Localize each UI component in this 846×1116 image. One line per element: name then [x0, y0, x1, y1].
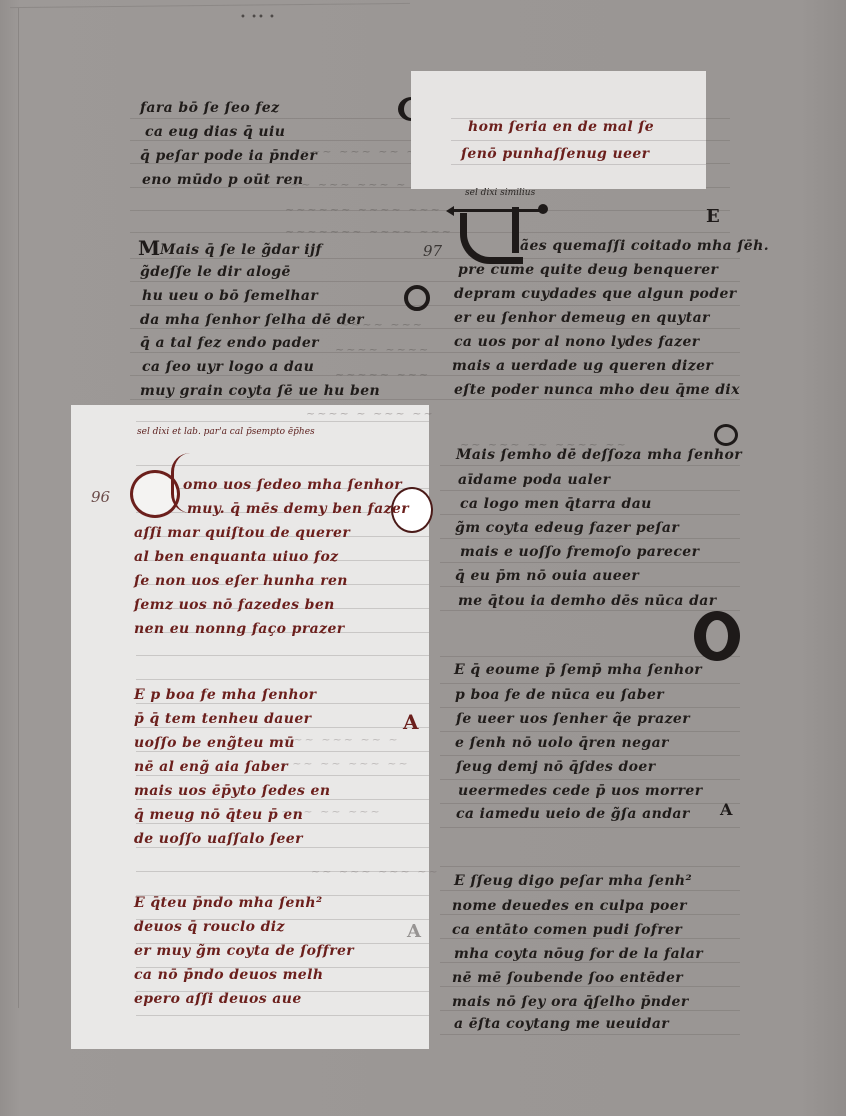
ink-smudge: • •• • — [240, 12, 276, 23]
verse-line: g̃deſſe le dir alogē — [140, 264, 291, 280]
show-through-text: ~~ ~~~ ~~~ ~~ — [311, 865, 440, 878]
verse-line: eſte poder nunca mho deu q̄me dix — [454, 382, 740, 398]
highlight-region-top: hom ſeria en de mal ſe ſenō punhaſſenug … — [411, 71, 706, 189]
capital-a-faint-icon: A — [407, 921, 421, 942]
verse-line: ca eug dias q̄ uiu — [145, 124, 285, 140]
verse-line: de uoſſo uaſſalo ſeer — [134, 831, 303, 847]
verse-line: E q̄teu p̄ndo mha ſenh² — [134, 895, 323, 911]
verse-line: eno mūdo p oūt ren — [142, 172, 303, 188]
verse-line: mais e uoſſo fremoſo parecer — [460, 544, 699, 560]
manuscript-page: • •• • ~~~ ~~~ ~~ ~~~~ ~~ ~~~ ~~~ ~ ~~~ … — [0, 0, 846, 1116]
verse-line: ueermedes cede p̄ uos morrer — [458, 783, 702, 799]
verse-line: me q̄tou ia demho dēs nūca dar — [458, 593, 717, 609]
show-through-text: ~~~~ ~~~~ — [335, 343, 430, 356]
verse-line: ca uos por al nono lydes fazer — [454, 334, 700, 350]
verse-line: aīdame poda ualer — [458, 472, 610, 488]
capital-d-icon — [404, 285, 430, 311]
verse-line: muy. q̄ mēs demy ben fazer — [187, 501, 409, 517]
highlight-region-left: ~~~~ ~ ~~~ ~~ sel dixi et lab. par'a cal… — [71, 405, 429, 1049]
verse-line: ães quemaſſi coitado mha ſēh. — [520, 238, 769, 254]
verse-line: nome deuedes en culpa poer — [452, 898, 687, 914]
verse-line: er muy g̃m coyta de ſoffrer — [134, 943, 354, 959]
verse-line: q̄ meug nō q̄teu p̄ en — [134, 807, 303, 823]
verse-line: ſe ueer uos ſenher q̃e prazer — [456, 711, 690, 727]
verse-line: mais a uerdade ug queren dizer — [452, 358, 713, 374]
verse-line: er eu ſenhor demeug en quytar — [454, 310, 710, 326]
verse-line: mha coyta nōug for de la falar — [454, 946, 703, 962]
verse-line: E p boa fe mha ſenhor — [134, 687, 316, 703]
verse-line: e ſenh nō uolo q̄ren negar — [455, 735, 669, 751]
verse-line: al ben enquanta uiuo foz — [134, 549, 339, 565]
verse-line-highlighted: ſenō punhaſſenug ueer — [461, 146, 649, 162]
verse-line-highlighted: hom ſeria en de mal ſe — [468, 119, 654, 135]
verse-line: a ēſta coytang me ueuidar — [454, 1016, 669, 1032]
verse-line: p̄ q̄ tem tenheu dauer — [134, 711, 311, 727]
capital-a-icon: A — [403, 710, 419, 734]
verse-line: hu ueu o bō ſemelhar — [142, 288, 318, 304]
initial-m-icon: M — [138, 236, 160, 260]
show-through-text: ~~~ ~~ ~~~ — [281, 805, 382, 818]
verse-line: ſe non uos eſer hunha ren — [134, 573, 348, 589]
capital-d-icon — [714, 424, 738, 446]
verse-line: muy grain coyta ſē ue hu ben — [140, 383, 380, 399]
verse-line: q̄ peſar pode ia p̄nder — [140, 148, 317, 164]
verse-line: E ſſeug digo peſar mha ſenh² — [454, 873, 692, 889]
verse-line: nen eu nonng faço prazer — [134, 621, 345, 637]
verse-line: ca logo men q̄tarra dau — [460, 496, 652, 512]
capital-o-large-icon — [694, 611, 740, 661]
verse-line: ſeug demj nō q̄ſdes doer — [456, 759, 656, 775]
verse-line: nē al eng̃ aia ſaber — [134, 759, 288, 775]
verse-line: omo uos ſedeo mha ſenhor — [183, 477, 402, 493]
verse-line: pre cume quite deug benquerer — [458, 262, 718, 278]
marginal-note: sel dixi et lab. par'a cal p̄sempto ēp̄h… — [137, 427, 315, 437]
verse-line: q̄ eu p̄m nō ouia aueer — [455, 568, 639, 584]
page-top-edge — [10, 3, 410, 8]
verse-line: nē mē ſoubende ſoo entēder — [452, 970, 683, 986]
folio-number-97: 97 — [423, 242, 442, 260]
show-through-text: ~~~~ ~~~ ~~ ~ — [271, 733, 400, 746]
folio-number-96: 96 — [91, 488, 110, 506]
verse-line: E q̄ eoume p̄ ſemp̄ mha ſenhor — [454, 662, 702, 678]
verse-line: ca ſeo uyr logo a dau — [142, 359, 314, 375]
verse-line: p boa fe de nūca eu ſaber — [455, 687, 664, 703]
verse-line: mais uos ēp̄yto ſedes en — [134, 783, 330, 799]
verse-line: g̃m coyta edeug fazer peſar — [455, 520, 679, 536]
show-through-text: ~~~ ~~ ~~~ ~~ — [281, 757, 410, 770]
verse-line: deuos q̄ rouclo diz — [134, 919, 285, 935]
verse-line: Mais q̄ ſe le g̃dar ijf — [160, 242, 322, 258]
capital-e-icon: E — [706, 206, 720, 227]
verse-line: ca entāto comen pudi ſofrer — [452, 922, 682, 938]
verse-line: epero aſſi deuos aue — [134, 991, 302, 1007]
capital-a-icon: A — [720, 800, 732, 819]
verse-line: da mha ſenhor ſelha dē der — [140, 312, 364, 328]
verse-line: q̄ a tal fez endo pader — [140, 335, 319, 351]
marginal-note: sel dixi similius — [465, 188, 535, 198]
verse-line: fara bō ſe ſeo fez — [140, 100, 279, 116]
initial-t-icon — [452, 203, 552, 263]
verse-line: depram cuydades que algun poder — [454, 286, 737, 302]
show-through-text: ~~~~ ~ ~~~ ~~ — [306, 407, 435, 420]
verse-line: ca nō p̄ndo deuos melh — [134, 967, 323, 983]
verse-line: aſſi mar quiſtou de querer — [134, 525, 350, 541]
verse-line: Mais ſemho dē deſſoza mha ſenhor — [456, 447, 742, 463]
verse-line: ca iamedu ueio de g̃ſa andar — [456, 806, 690, 822]
verse-line: ſemz uos nō fazedes ben — [134, 597, 335, 613]
page-edge — [18, 8, 19, 1008]
verse-line: mais nō ſey ora q̄ſelho p̄nder — [452, 994, 689, 1010]
